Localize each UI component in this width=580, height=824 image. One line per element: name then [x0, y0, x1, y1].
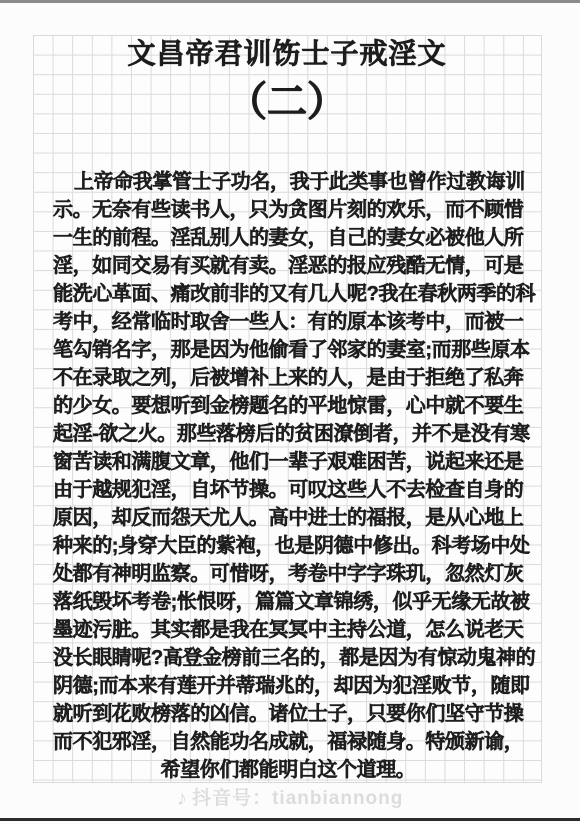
body-text-line: 墨迹污脏。其实都是我在冥冥中主持公道，怎么说老天: [53, 616, 523, 644]
top-divider-line: [0, 0, 580, 3]
body-text-line: 希望你们都能明白这个道理。: [53, 756, 523, 784]
body-text-line: 不在录取之列，后被增补上来的人，是由于拒绝了私奔: [53, 364, 523, 392]
body-text-line: 阴德;而本来有莲开并蒂瑞兆的，却因为犯淫败节，随即: [53, 672, 523, 700]
watermark-text: 抖音号：tianbiannong: [192, 788, 403, 809]
body-text-line: 示。无奈有些读书人，只为贪图片刻的欢乐，而不顾惜: [53, 196, 523, 224]
document-title: 文昌帝君训饬士子戒淫文: [33, 37, 541, 71]
grid-paper-background: 文昌帝君训饬士子戒淫文 （二） 上帝命我掌管士子功名，我于此类事也曾作过教诲训 …: [33, 35, 542, 783]
body-text-line: 处都有神明监察。可惜呀，考卷中字字珠玑，忽然灯灰: [53, 560, 523, 588]
body-text-line: 考中，经常临时取舍一些人：有的原本该考中，而被一: [53, 308, 523, 336]
body-text-line: 没长眼睛呢?高登金榜前三名的，都是因为有惊动鬼神的: [53, 644, 523, 672]
body-text-line: 起淫-欲之火。那些落榜后的贫困潦倒者，并不是没有寒: [53, 420, 523, 448]
document-body: 上帝命我掌管士子功名，我于此类事也曾作过教诲训 示。无奈有些读书人，只为贪图片刻…: [53, 168, 523, 784]
body-text-line: 笔勾销名字，那是因为他偷看了邻家的妻室;而那些原本: [53, 336, 523, 364]
body-text-line: 原因，却反而怨天尤人。高中进士的福报，是从心地上: [53, 504, 523, 532]
body-text-line: 而不犯邪淫，自然能功名成就，福禄随身。特颁新谕，: [53, 728, 523, 756]
document-subtitle: （二）: [33, 77, 541, 127]
body-text-line: 一生的前程。淫乱别人的妻女，自己的妻女必被他人所: [53, 224, 523, 252]
body-text-line: 就听到花败榜落的凶信。诸位士子，只要你们坚守节操: [53, 700, 523, 728]
screenshot-canvas: 文昌帝君训饬士子戒淫文 （二） 上帝命我掌管士子功名，我于此类事也曾作过教诲训 …: [0, 0, 580, 824]
body-text-line: 的少女。要想听到金榜题名的平地惊雷，心中就不要生: [53, 392, 523, 420]
douyin-music-note-icon: ♪: [177, 786, 189, 812]
body-text-line: 上帝命我掌管士子功名，我于此类事也曾作过教诲训: [53, 168, 523, 196]
body-text-line: 种来的;身穿大臣的紫袍，也是阴德中修出。科考场中处: [53, 532, 523, 560]
body-text-line: 能洗心革面、痛改前非的又有几人呢?我在春秋两季的科: [53, 280, 523, 308]
body-text-line: 落纸毁坏考卷;怅恨呀，篇篇文章锦绣，似乎无缘无故被: [53, 588, 523, 616]
body-text-line: 由于越规犯淫，自坏节操。可叹这些人不去检查自身的: [53, 476, 523, 504]
body-text-line: 窗苦读和满腹文章，他们一辈子艰难困苦，说起来还是: [53, 448, 523, 476]
bottom-divider-line: [0, 818, 580, 821]
body-text-line: 淫，如同交易有买就有卖。淫恶的报应残酷无情，可是: [53, 252, 523, 280]
watermark: ♪抖音号：tianbiannong: [0, 786, 580, 812]
